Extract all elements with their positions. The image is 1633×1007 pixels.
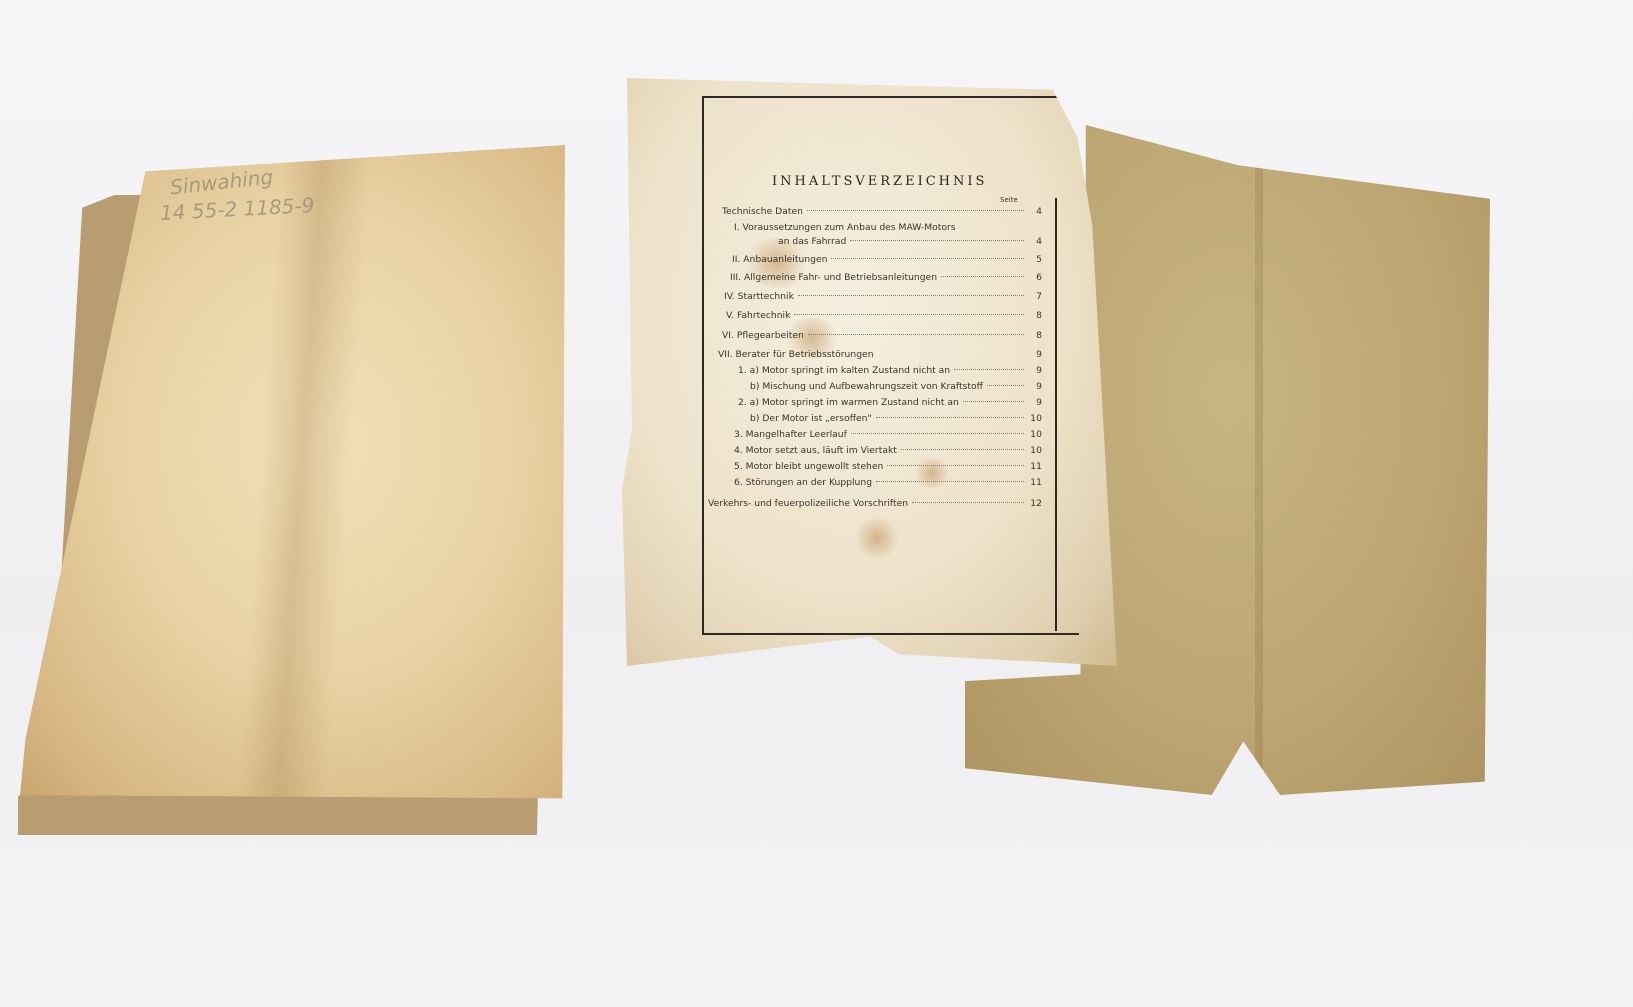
folder-fold-crease [1255,125,1263,795]
toc-entry: III. Allgemeine Fahr- und Betriebsanleit… [730,272,1042,286]
toc-entry: I. Voraussetzungen zum Anbau des MAW-Mot… [734,222,1054,236]
toc-entry: Technische Daten4 [722,206,1042,220]
toc-entry: an das Fahrrad4 [778,236,1042,250]
toc-entry: 2. a) Motor springt im warmen Zustand ni… [738,397,1042,411]
toc-entry: 3. Mangelhafter Leerlauf10 [734,429,1042,443]
toc-entry: V. Fahrtechnik8 [726,310,1042,324]
toc-entry: b) Der Motor ist „ersoffen"10 [750,413,1042,427]
photo-background: Sinwahing 14 55-2 1185-9 INHALTSVERZEICH… [0,0,1633,1007]
toc-entry: Verkehrs- und feuerpolizeiliche Vorschri… [708,498,1042,512]
left-booklet: Sinwahing 14 55-2 1185-9 [20,145,565,835]
toc-entry: 6. Störungen an der Kupplung11 [734,477,1042,491]
page-border-right [1055,198,1057,631]
toc-entry: b) Mischung und Aufbewahrungszeit von Kr… [750,381,1042,395]
page-column-label: Seite [1000,196,1018,204]
toc-title: INHALTSVERZEICHNIS [772,174,987,189]
toc-entry: VII. Berater für Betriebsstörungen9 [718,349,1042,363]
toc-page: INHALTSVERZEICHNIS Seite Technische Date… [622,78,1117,666]
toc-entry: II. Anbauanleitungen5 [732,254,1042,268]
toc-entry: 4. Motor setzt aus, läuft im Viertakt10 [734,445,1042,459]
toc-entry: VI. Pflegearbeiten8 [722,330,1042,344]
booklet-fold-crease [237,145,374,810]
toc-entry: IV. Starttechnik7 [724,291,1042,305]
toc-entry: 5. Motor bleibt ungewollt stehen11 [734,461,1042,475]
toc-entry: 1. a) Motor springt im kalten Zustand ni… [738,365,1042,379]
